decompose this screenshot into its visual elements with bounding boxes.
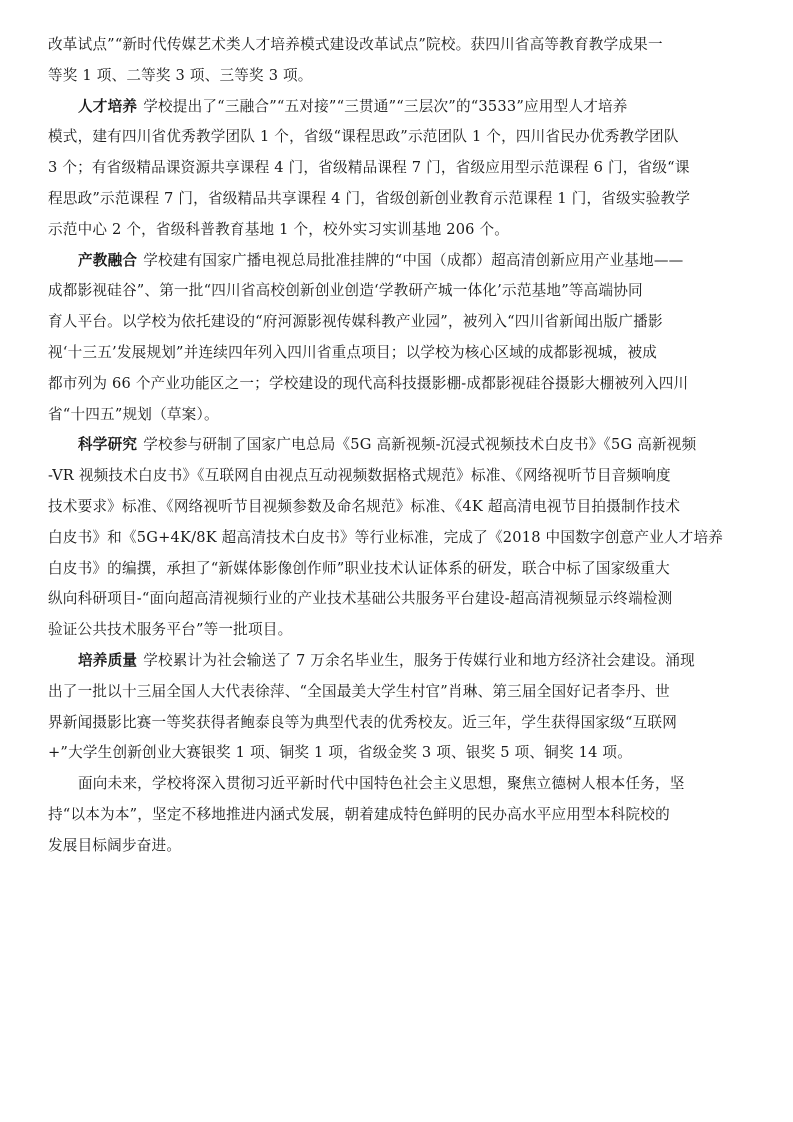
text-line: 示范中心 2 个，省级科普教育基地 1 个，校外实习实训基地 206 个。 (48, 219, 748, 250)
text-line: 验证公共技术服务平台”等一批项目。 (48, 619, 748, 650)
text-line-first: 人才培养学校提出了“三融合”“五对接”“三贯通”“三层次”的“3533”应用型人… (48, 96, 748, 127)
text-line: 纵向科研项目-“面向超高清视频行业的产业技术基础公共服务平台建设-超高清视频显示… (48, 588, 748, 619)
section-heading-industry-education: 产教融合 (78, 252, 137, 269)
scientific-research-paragraph: 科学研究学校参与研制了国家广电总局《5G 高新视频-沉浸式视频技术白皮书》《5G… (48, 434, 748, 650)
section-heading-scientific-research: 科学研究 (78, 436, 137, 453)
text-line: 视‘十三五’发展规划”并连续四年列入四川省重点项目；以学校为核心区域的成都影视城… (48, 342, 748, 373)
section-heading-talent-training: 人才培养 (78, 98, 137, 115)
text-line: 3 个；有省级精品课资源共享课程 4 门，省级精品课程 7 门，省级应用型示范课… (48, 157, 748, 188)
text-line: 界新闻摄影比赛一等奖获得者鲍泰良等为典型代表的优秀校友。近三年，学生获得国家级“… (48, 712, 748, 743)
text-line: 等奖 1 项、二等奖 3 项、三等奖 3 项。 (48, 65, 748, 96)
text-line-first: 培养质量学校累计为社会输送了 7 万余名毕业生，服务于传媒行业和地方经济社会建设… (48, 650, 748, 681)
text-span: 学校参与研制了国家广电总局《5G 高新视频-沉浸式视频技术白皮书》《5G 高新视… (143, 436, 696, 453)
text-line: 育人平台。以学校为依托建设的“府河源影视传媒科教产业园”，被列入“四川省新闻出版… (48, 311, 748, 342)
talent-training-paragraph: 人才培养学校提出了“三融合”“五对接”“三贯通”“三层次”的“3533”应用型人… (48, 96, 748, 250)
text-line: 省“十四五”规划（草案）。 (48, 404, 748, 435)
text-span: 学校累计为社会输送了 7 万余名毕业生，服务于传媒行业和地方经济社会建设。涌现 (143, 652, 695, 669)
industry-education-paragraph: 产教融合学校建有国家广播电视总局批准挂牌的“中国（成都）超高清创新应用产业基地—… (48, 250, 748, 435)
text-line-first: 科学研究学校参与研制了国家广电总局《5G 高新视频-沉浸式视频技术白皮书》《5G… (48, 434, 748, 465)
text-line: 程思政”示范课程 7 门，省级精品共享课程 4 门，省级创新创业教育示范课程 1… (48, 188, 748, 219)
text-line: 出了一批以十三届全国人大代表徐萍、“全国最美大学生村官”肖琳、第三届全国好记者李… (48, 681, 748, 712)
document-page: 改革试点”“新时代传媒艺术类人才培养模式建设改革试点”院校。获四川省高等教育教学… (48, 34, 748, 866)
text-line: 技术要求》标准、《网络视听节目视频参数及命名规范》标准、《4K 超高清电视节目拍… (48, 496, 748, 527)
text-line: -VR 视频技术白皮书》《互联网自由视点互动视频数据格式规范》标准、《网络视听节… (48, 465, 748, 496)
training-quality-paragraph: 培养质量学校累计为社会输送了 7 万余名毕业生，服务于传媒行业和地方经济社会建设… (48, 650, 748, 773)
text-line: 发展目标阔步奋进。 (48, 835, 748, 866)
text-span: 学校提出了“三融合”“五对接”“三贯通”“三层次”的“3533”应用型人才培养 (143, 98, 627, 115)
text-line: +”大学生创新创业大赛银奖 1 项、铜奖 1 项，省级金奖 3 项、银奖 5 项… (48, 742, 748, 773)
text-line-first: 产教融合学校建有国家广播电视总局批准挂牌的“中国（成都）超高清创新应用产业基地—… (48, 250, 748, 281)
text-line: 白皮书》的编撰，承担了“新媒体影像创作师”职业技术认证体系的研发，联合中标了国家… (48, 558, 748, 589)
text-line-first: 面向未来，学校将深入贯彻习近平新时代中国特色社会主义思想，聚焦立德树人根本任务，… (48, 773, 748, 804)
intro-tail-paragraph: 改革试点”“新时代传媒艺术类人才培养模式建设改革试点”院校。获四川省高等教育教学… (48, 34, 748, 96)
text-line: 白皮书》和《5G+4K/8K 超高清技术白皮书》等行业标准，完成了《2018 中… (48, 527, 748, 558)
outlook-paragraph: 面向未来，学校将深入贯彻习近平新时代中国特色社会主义思想，聚焦立德树人根本任务，… (48, 773, 748, 865)
text-line: 持“以本为本”，坚定不移地推进内涵式发展，朝着建成特色鲜明的民办高水平应用型本科… (48, 804, 748, 835)
text-line: 模式，建有四川省优秀教学团队 1 个，省级“课程思政”示范团队 1 个，四川省民… (48, 126, 748, 157)
text-span: 学校建有国家广播电视总局批准挂牌的“中国（成都）超高清创新应用产业基地—— (143, 252, 683, 269)
text-line: 成都影视硅谷”、第一批“四川省高校创新创业创造‘学教研产城一体化’示范基地”等高… (48, 280, 748, 311)
section-heading-training-quality: 培养质量 (78, 652, 137, 669)
text-line: 都市列为 66 个产业功能区之一；学校建设的现代高科技摄影棚-成都影视硅谷摄影大… (48, 373, 748, 404)
text-line: 改革试点”“新时代传媒艺术类人才培养模式建设改革试点”院校。获四川省高等教育教学… (48, 34, 748, 65)
